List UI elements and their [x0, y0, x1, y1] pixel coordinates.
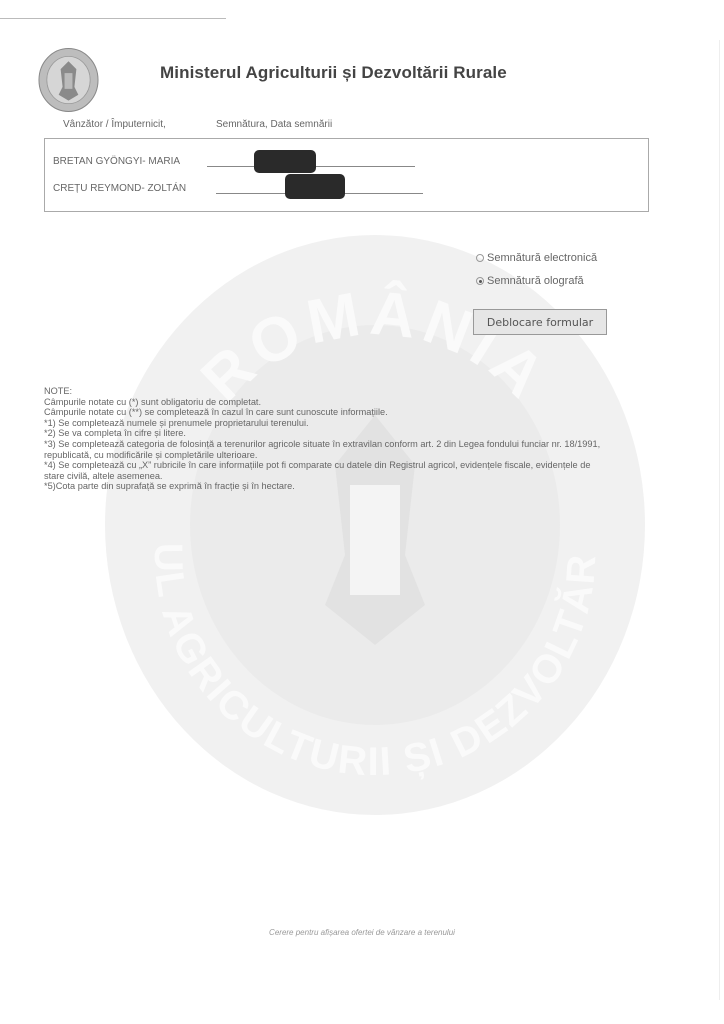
note-line: Câmpurile notate cu (*) sunt obligatoriu… — [44, 397, 684, 408]
radio-checked-icon[interactable] — [476, 277, 484, 285]
redacted-signature — [254, 150, 316, 173]
romania-seal-icon — [37, 47, 100, 113]
radio-label: Semnătură electronică — [487, 252, 597, 264]
note-line: Câmpurile notate cu (**) se completează … — [44, 407, 684, 418]
page-edge — [719, 40, 720, 1000]
seller-column-label: Vânzător / Împuternicit, — [63, 119, 166, 130]
note-line: republicată, cu modificările și completă… — [44, 450, 684, 461]
radio-unchecked-icon[interactable] — [476, 254, 484, 262]
note-line: *1) Se completează numele și prenumele p… — [44, 418, 684, 429]
note-line: *2) Se va completa în cifre și litere. — [44, 428, 684, 439]
note-line: *3) Se completează categoria de folosinț… — [44, 439, 684, 450]
note-line: *5)Cota parte din suprafață se exprimă î… — [44, 481, 684, 492]
seller-name: BRETAN GYÖNGYI- MARIA — [53, 156, 180, 167]
redacted-signature — [285, 174, 345, 199]
page-title: Ministerul Agriculturii și Dezvoltării R… — [160, 63, 507, 83]
notes-section: NOTE: Câmpurile notate cu (*) sunt oblig… — [44, 386, 684, 492]
seller-name: CREȚU REYMOND- ZOLTÁN — [53, 183, 186, 194]
signature-column-label: Semnătura, Data semnării — [216, 119, 332, 130]
radio-handwritten-signature[interactable]: Semnătură olografă — [476, 275, 584, 287]
page-footer: Cerere pentru afișarea ofertei de vânzar… — [0, 928, 724, 937]
top-rule — [0, 18, 226, 19]
radio-electronic-signature[interactable]: Semnătură electronică — [476, 252, 597, 264]
signature-table: BRETAN GYÖNGYI- MARIA CREȚU REYMOND- ZOL… — [44, 138, 649, 212]
note-line: stare civilă, altele asemenea. — [44, 471, 684, 482]
notes-heading: NOTE: — [44, 386, 684, 397]
radio-label: Semnătură olografă — [487, 275, 584, 287]
unlock-form-button[interactable]: Deblocare formular — [473, 309, 607, 335]
note-line: *4) Se completează cu „X” rubricile în c… — [44, 460, 684, 471]
